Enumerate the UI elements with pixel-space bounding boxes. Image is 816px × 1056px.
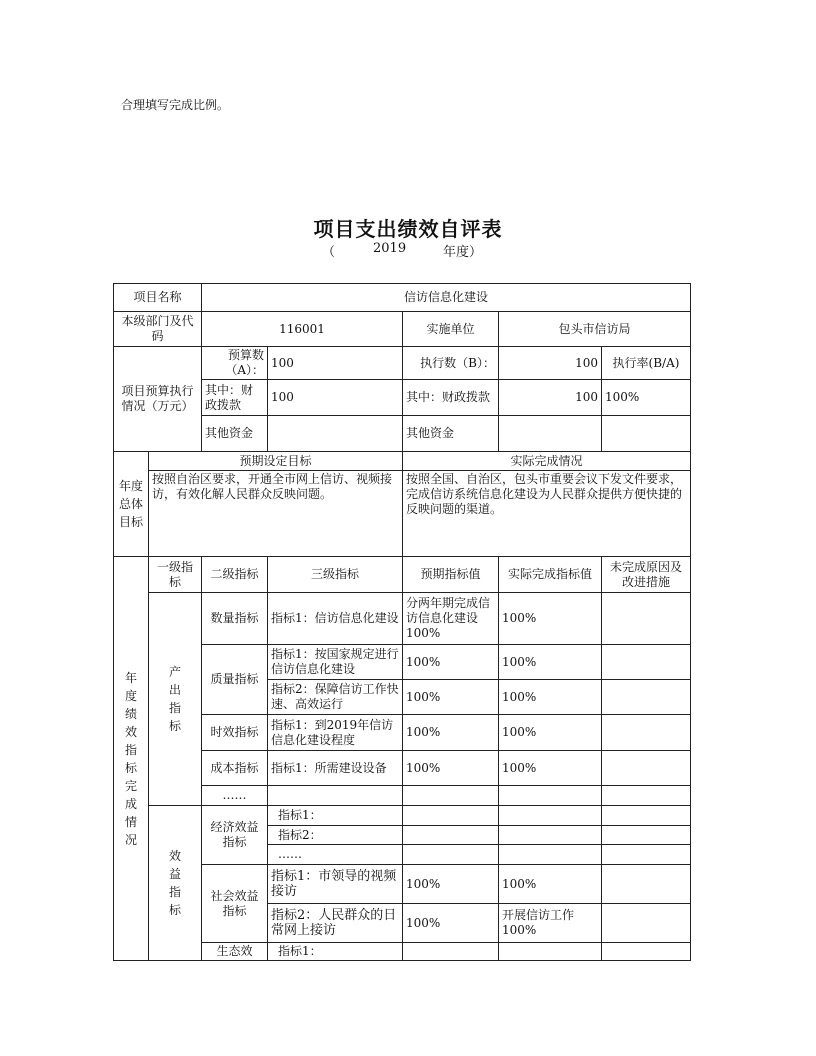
performance-table: 项目名称 信访信息化建设 本级部门及代码 116001 实施单位 包头市信访局 … <box>113 283 691 961</box>
l3-cell: 指标2： <box>268 826 403 845</box>
expected-goal-text: 按照自治区要求，开通全市网上信访、视频接访，有效化解人民群众反映问题。 <box>149 471 403 557</box>
reason-cell <box>602 904 691 943</box>
l3-cell: 指标1：信访信息化建设 <box>268 593 403 645</box>
header-expected: 预期指标值 <box>403 557 499 593</box>
actual-cell: 100% <box>499 751 602 786</box>
exec-rate-value: 100% <box>602 380 691 416</box>
benefit-indicator-label: 效益指标 <box>149 806 202 961</box>
l2-cell: …… <box>202 786 268 806</box>
actual-goal-text: 按照全国、自治区，包头市重要会议下发文件要求，完成信访系统信息化建设为人民群众提… <box>403 471 691 557</box>
table-row: 产出指标 数量指标 指标1：信访信息化建设 分两年期完成信访信息化建设100% … <box>114 593 691 645</box>
output-indicator-label: 产出指标 <box>149 593 202 806</box>
expected-cell: 100% <box>403 680 499 715</box>
actual-goal-header: 实际完成情况 <box>403 452 691 471</box>
subtitle-year: 2019 <box>373 241 406 256</box>
dept-label: 本级部门及代码 <box>114 312 202 347</box>
l2-cell: 数量指标 <box>202 593 268 645</box>
budget-amount-value: 100 <box>268 347 403 380</box>
dept-value: 116001 <box>202 312 403 347</box>
actual-cell: 100% <box>499 865 602 904</box>
l3-cell <box>268 786 403 806</box>
fiscal-label-a: 其中：财政拨款 <box>202 380 268 416</box>
other-label-a: 其他资金 <box>202 416 268 452</box>
exec-amount-label: 执行数（B）： <box>403 347 499 380</box>
l2-cell: 社会效益指标 <box>202 865 268 943</box>
exec-rate-label: 执行率(B/A) <box>602 347 691 380</box>
subtitle-open: （ <box>322 241 335 260</box>
expected-goal-header: 预期设定目标 <box>149 452 403 471</box>
expected-cell <box>403 943 499 961</box>
exec-amount-value: 100 <box>499 347 602 380</box>
l3-cell: 指标1：市领导的视频接访 <box>268 865 403 904</box>
l3-cell: …… <box>268 845 403 865</box>
actual-cell <box>499 826 602 845</box>
reason-cell <box>602 645 691 680</box>
expected-cell: 100% <box>403 865 499 904</box>
expected-cell <box>403 806 499 826</box>
actual-cell: 100% <box>499 715 602 751</box>
l3-cell: 指标1： <box>268 806 403 826</box>
actual-cell <box>499 806 602 826</box>
reason-cell <box>602 786 691 806</box>
expected-cell <box>403 786 499 806</box>
actual-cell: 100% <box>499 645 602 680</box>
expected-cell <box>403 826 499 845</box>
indicators-label: 年度绩效指标完成情况 <box>114 557 149 961</box>
other-value-b <box>499 416 602 452</box>
l2-cell: 质量指标 <box>202 645 268 715</box>
budget-label: 项目预算执行情况（万元） <box>114 347 202 452</box>
fiscal-value-b: 100 <box>499 380 602 416</box>
subtitle-suffix: 年度） <box>443 241 482 260</box>
reason-cell <box>602 826 691 845</box>
reason-cell <box>602 680 691 715</box>
expected-cell: 100% <box>403 715 499 751</box>
budget-amount-label: 预算数（A）： <box>202 347 268 380</box>
reason-cell <box>602 715 691 751</box>
actual-cell <box>499 943 602 961</box>
l2-cell: 成本指标 <box>202 751 268 786</box>
l3-cell: 指标2：人民群众的日常网上接访 <box>268 904 403 943</box>
reason-cell <box>602 845 691 865</box>
l3-cell: 指标1：按国家规定进行信访信息化建设 <box>268 645 403 680</box>
header-reason: 未完成原因及改进措施 <box>602 557 691 593</box>
actual-cell <box>499 786 602 806</box>
expected-cell: 100% <box>403 645 499 680</box>
header-level2: 二级指标 <box>202 557 268 593</box>
table-row: 效益指标 经济效益指标 指标1： <box>114 806 691 826</box>
l3-cell: 指标1： <box>268 943 403 961</box>
unit-label: 实施单位 <box>403 312 499 347</box>
annual-goal-label: 年度总体目标 <box>114 452 149 557</box>
expected-cell: 分两年期完成信访信息化建设100% <box>403 593 499 645</box>
unit-value: 包头市信访局 <box>499 312 691 347</box>
expected-cell: 100% <box>403 904 499 943</box>
other-value-a <box>268 416 403 452</box>
header-level1: 一级指标 <box>149 557 202 593</box>
expected-cell <box>403 845 499 865</box>
reason-cell <box>602 943 691 961</box>
l3-cell: 指标2：保障信访工作快速、高效运行 <box>268 680 403 715</box>
header-actual: 实际完成指标值 <box>499 557 602 593</box>
actual-cell: 100% <box>499 680 602 715</box>
fiscal-value-a: 100 <box>268 380 403 416</box>
project-name-value: 信访信息化建设 <box>202 284 691 312</box>
other-rate <box>602 416 691 452</box>
l2-cell: 经济效益指标 <box>202 806 268 865</box>
l2-cell: 生态效 <box>202 943 268 961</box>
actual-cell <box>499 845 602 865</box>
fiscal-label-b: 其中：财政拨款 <box>403 380 499 416</box>
other-label-b: 其他资金 <box>403 416 499 452</box>
reason-cell <box>602 806 691 826</box>
l2-cell: 时效指标 <box>202 715 268 751</box>
l3-cell: 指标1：所需建设设备 <box>268 751 403 786</box>
reason-cell <box>602 751 691 786</box>
note-text: 合理填写完成比例。 <box>121 96 229 113</box>
reason-cell <box>602 865 691 904</box>
l3-cell: 指标1：到2019年信访信息化建设程度 <box>268 715 403 751</box>
page-title: 项目支出绩效自评表 <box>0 213 816 242</box>
header-level3: 三级指标 <box>268 557 403 593</box>
expected-cell: 100% <box>403 751 499 786</box>
project-name-label: 项目名称 <box>114 284 202 312</box>
actual-cell: 开展信访工作100% <box>499 904 602 943</box>
reason-cell <box>602 593 691 645</box>
actual-cell: 100% <box>499 593 602 645</box>
